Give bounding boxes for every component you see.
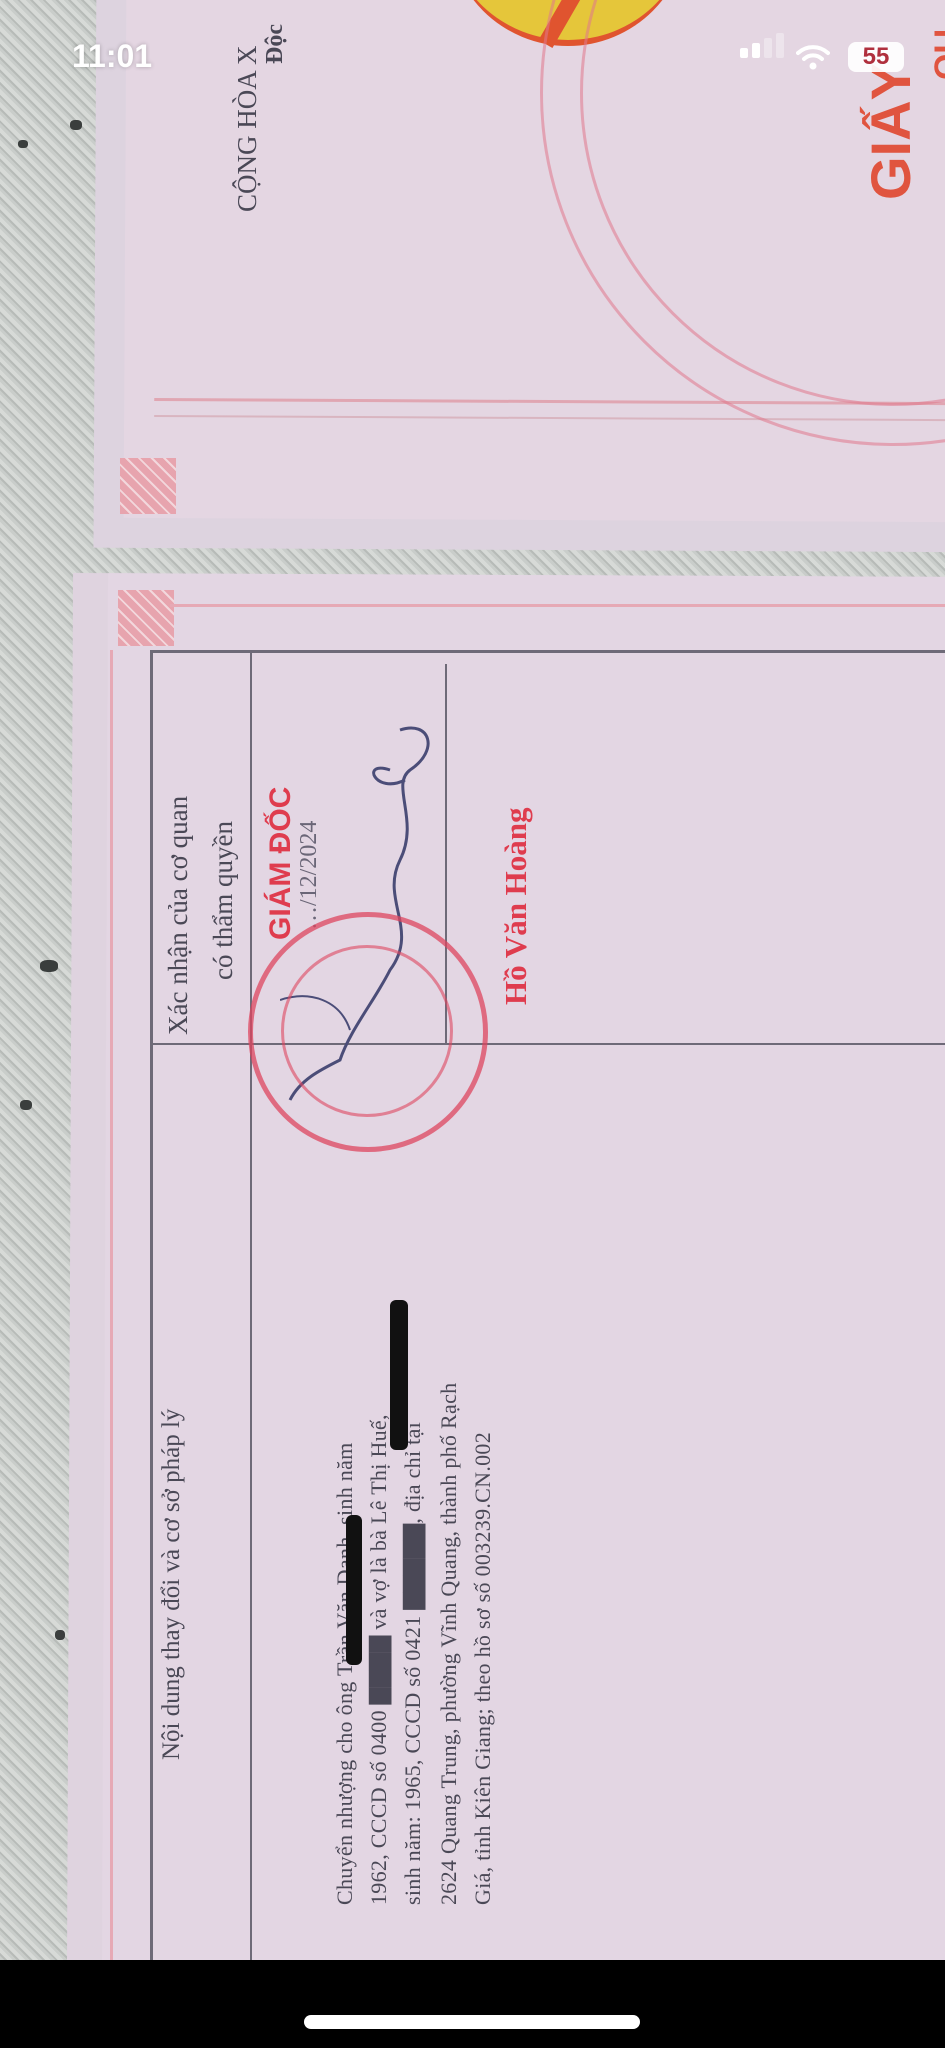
battery-icon: 55 [848,42,904,72]
surface-speck [20,1100,32,1110]
certificate-change-page [67,573,945,1960]
wifi-icon [796,44,830,70]
table-left-border [150,650,153,1960]
signatory-name: Hồ Văn Hoàng [498,807,534,1005]
content-line: Chuyển nhượng cho ông Trần Văn Danh, sin… [328,1442,362,1905]
surface-speck [18,140,28,148]
content-line: sinh năm: 1965, CCCD số 0421 ▇▇▇▇▇, địa … [396,1422,430,1905]
table-header-divider [250,650,252,1960]
page-frame-line [110,650,113,1960]
redaction-mark [346,1515,362,1665]
surface-speck [55,1630,65,1640]
content-line: 2624 Quang Trung, phường Vĩnh Quang, thà… [432,1383,466,1905]
corner-ornament-top [120,458,176,514]
content-line: Giá, tỉnh Kiên Giang; theo hồ sơ số 0032… [466,1432,500,1905]
corner-ornament-bottom [118,590,174,646]
surface-speck [70,120,82,130]
redaction-mark [390,1300,408,1450]
surface-speck [40,960,58,972]
status-bar: 11:01 55 [0,0,945,120]
page-frame-line [170,604,945,607]
table-top-border [150,650,945,653]
official-red-seal [248,912,488,1152]
document-photo: CỘNG HÒA X Độc GIẤY QU Xác nhận của cơ q… [0,0,945,1960]
clock: 11:01 [72,38,152,75]
right-column-header: Xác nhận của cơ quan [163,796,194,1035]
content-line: 1962, CCCD số 0400 ▇▇▇▇ và vợ là bà Lê T… [362,1414,396,1905]
right-column-header-line2: có thẩm quyền [208,821,239,980]
home-indicator[interactable] [304,2015,640,2029]
left-column-header: Nội dung thay đổi và cơ sở pháp lý [158,1409,186,1760]
